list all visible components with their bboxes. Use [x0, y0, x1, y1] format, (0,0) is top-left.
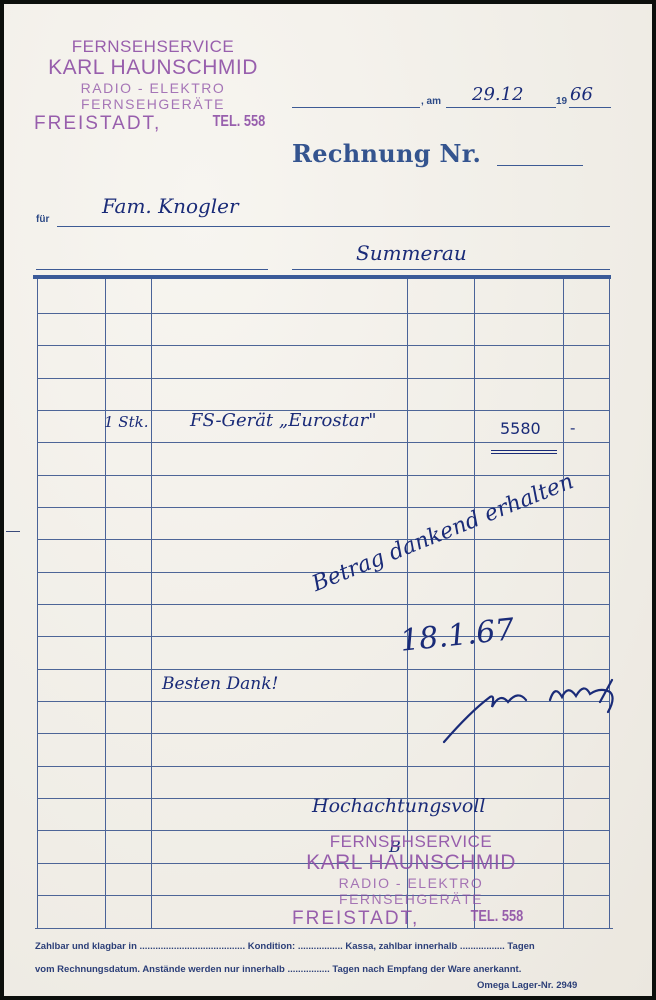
year-field-line[interactable]: [569, 107, 611, 108]
stamp-line-5: FREISTADT, TEL. 558: [292, 909, 530, 928]
stamp-line-2: KARL HAUNSCHMID: [292, 852, 530, 873]
recipient-address-line-right[interactable]: [292, 269, 610, 270]
table-row-line: [37, 313, 609, 314]
table-row-line: [37, 604, 609, 605]
am-label: , am: [421, 96, 441, 107]
footer-stock-number: Omega Lager-Nr. 2949: [477, 980, 577, 991]
stamp-tel: TEL. 558: [213, 114, 266, 133]
item-quantity: 1 Stk.: [104, 413, 148, 431]
stamp-city: FREISTADT,: [34, 114, 161, 133]
fuer-label: für: [36, 214, 49, 225]
table-col-border: [609, 279, 610, 929]
invoice-number-line[interactable]: [497, 165, 583, 166]
table-row-line: [37, 345, 609, 346]
stamp-line-3: RADIO - ELEKTRO: [292, 876, 530, 890]
year-prefix: 19: [556, 96, 567, 107]
table-row-line: [37, 830, 609, 831]
year-handwritten: 66: [570, 84, 593, 105]
letterhead-stamp: FERNSEHSERVICE KARL HAUNSCHMID RADIO - E…: [34, 38, 272, 133]
recipient-name-line[interactable]: [57, 226, 610, 227]
invoice-title: Rechnung Nr.: [292, 139, 481, 168]
table-top-border: [33, 275, 611, 279]
thanks-note: Besten Dank!: [162, 674, 278, 694]
fold-mark: [6, 531, 20, 532]
table-row-line: [37, 475, 609, 476]
payment-signature: [440, 672, 640, 747]
stamp-line-2: KARL HAUNSCHMID: [34, 57, 272, 78]
item-description: FS-Gerät „Eurostar": [190, 410, 376, 431]
table-row-line: [37, 539, 609, 540]
footer-terms-line-1: Zahlbar und klagbar in .................…: [35, 941, 535, 952]
recipient-name-handwritten: Fam. Knogler: [102, 194, 239, 218]
item-cents: -: [570, 418, 575, 437]
stamp-city: FREISTADT,: [292, 909, 419, 928]
stamp-line-1: FERNSEHSERVICE: [34, 38, 272, 55]
place-field-line[interactable]: [292, 107, 420, 108]
closing-stamp: FERNSEHSERVICE KARL HAUNSCHMID RADIO - E…: [292, 833, 530, 928]
stamp-tel: TEL. 558: [471, 909, 524, 928]
table-row-line: [37, 378, 609, 379]
item-amount: 5580: [500, 419, 541, 438]
table-row-line: [37, 766, 609, 767]
closing-salutation: Hochachtungsvoll: [312, 795, 485, 817]
date-field-line[interactable]: [446, 107, 556, 108]
table-row-line: [37, 669, 609, 670]
stamp-line-1: FERNSEHSERVICE: [292, 833, 530, 850]
recipient-address-line-left[interactable]: [36, 269, 268, 270]
stamp-line-5: FREISTADT, TEL. 558: [34, 114, 272, 133]
recipient-place-handwritten: Summerau: [356, 241, 467, 265]
footer-terms-line-2: vom Rechnungsdatum. Anstände werden nur …: [35, 964, 521, 975]
table-row-line: [37, 442, 609, 443]
stamp-line-4: FERNSEHGERÄTE: [292, 892, 530, 906]
table-row-line: [37, 636, 609, 637]
date-handwritten: 29.12: [472, 84, 524, 105]
amount-double-underline: [491, 450, 557, 451]
stamp-line-3: RADIO - ELEKTRO: [34, 81, 272, 95]
stamp-line-4: FERNSEHGERÄTE: [34, 97, 272, 111]
amount-double-underline: [491, 453, 557, 454]
